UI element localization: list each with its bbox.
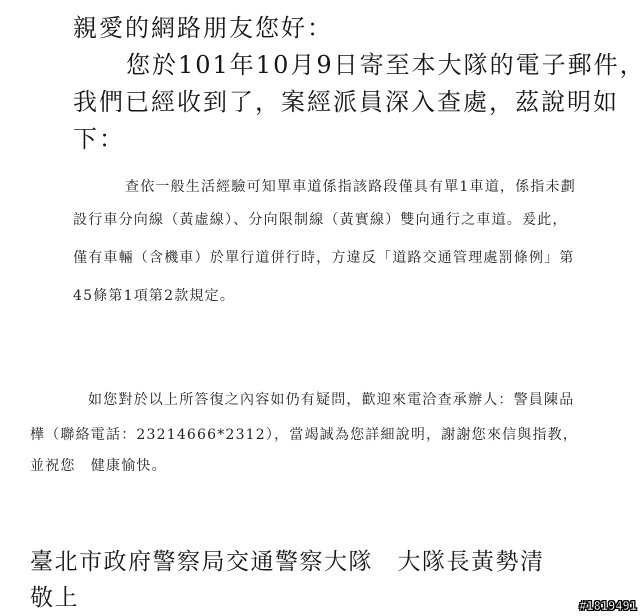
- contact-line-3: 並祝您 健康愉快。: [30, 459, 167, 473]
- explanation-line-1: 查依一般生活經驗可知單車道係指該路段僅具有單1車道，係指未劃: [125, 180, 576, 194]
- contact-line-2: 樺（聯絡電話：23214666*2312），當竭誠為您詳細說明，謝謝您來信與指教…: [30, 428, 578, 442]
- explanation-line-2: 設行車分向線（黃虛線）、分向限制線（黃實線）雙向通行之車道。爰此，: [73, 213, 568, 227]
- explanation-line-4: 45條第1項第2款規定。: [73, 289, 235, 303]
- salutation: 親愛的網路朋友您好：: [73, 16, 333, 40]
- signature-closing: 敬上: [30, 587, 79, 610]
- greeting-line-3: 我們已經收到了，案經派員深入查處，茲說明如: [73, 90, 619, 114]
- greeting-line-4: 下：: [73, 127, 125, 151]
- greeting-line-2: 您於101年10月9日寄至本大隊的電子郵件，: [126, 53, 640, 77]
- contact-line-1: 如您對於以上所答復之內容如仍有疑問，歡迎來電洽查承辦人：警員陳品: [88, 393, 574, 407]
- signature-organization: 臺北市政府警察局交通警察大隊 大隊長黃勢清: [30, 551, 545, 574]
- explanation-line-3: 僅有車輛（含機車）於單行道併行時，方違反「道路交通管理處罰條例」第: [73, 251, 575, 265]
- image-id-watermark: #1819491: [579, 599, 637, 613]
